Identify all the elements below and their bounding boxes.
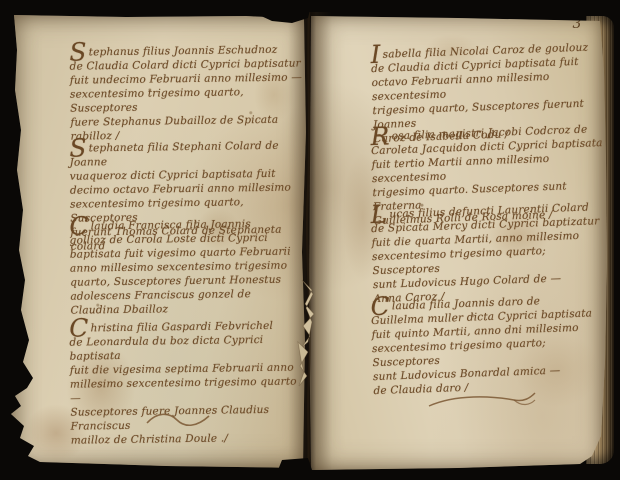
baptism-record: Claudia Francisca filia Joannis gollioz … [69,216,308,317]
manuscript-page-right: 3 Isabella filia Nicolai Caroz de goulou… [308,12,608,472]
spine-bottom-gap [278,458,314,472]
baptism-record: Christina filia Gaspardi Febvrichel de L… [69,318,309,447]
record-text: ucas filius defuncti Laurentii Colard de… [371,202,600,306]
record-text: laudia Francisca filia Joannis gollioz d… [70,218,291,317]
record-text: laudia filia Joannis daro de Guillelma m… [371,295,592,397]
record-text: tephanus filius Joannis Eschudnoz de Cla… [70,44,303,143]
baptism-record: Stephanus filius Joannis Eschudnoz de Cl… [69,42,308,143]
record-text: hristina filia Gaspardi Febvrichel de Le… [69,320,297,447]
manuscript-page-left: Stephanus filius Joannis Eschudnoz de Cl… [6,12,312,470]
manuscript-photo: Stephanus filius Joannis Eschudnoz de Cl… [0,0,620,480]
baptism-record: Lucas filius defuncti Laurentii Colard d… [370,200,609,306]
baptism-record: Claudia filia Joannis daro de Guillelma … [370,292,609,398]
